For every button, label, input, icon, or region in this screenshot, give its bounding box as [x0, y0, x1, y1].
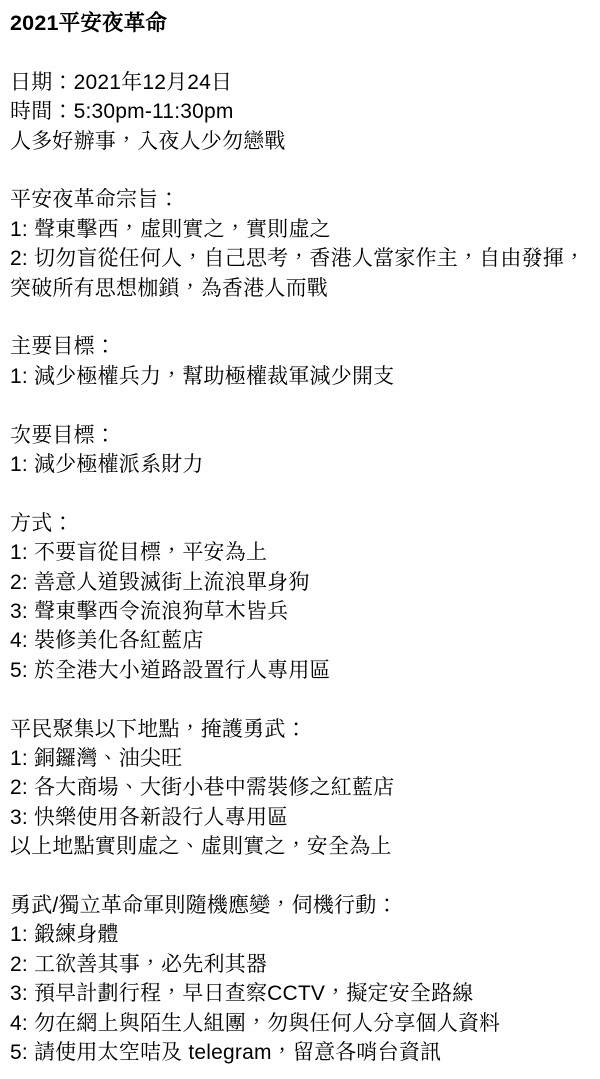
- section-heading: 次要目標：: [10, 421, 590, 450]
- list-item: 3: 預早計劃行程，早日查察CCTV，擬定安全路線: [10, 979, 590, 1008]
- section-methods: 方式： 1: 不要盲從目標，平安為上 2: 善意人道毀滅街上流浪單身狗 3: 聲…: [10, 509, 590, 685]
- list-item: 1: 減少極權派系財力: [10, 450, 590, 479]
- list-item: 1: 減少極權兵力，幫助極權裁軍減少開支: [10, 362, 590, 391]
- list-item: 2: 善意人道毀滅街上流浪單身狗: [10, 568, 590, 597]
- section-schedule: 日期：2021年12月24日 時間：5:30pm-11:30pm 人多好辦事，入…: [10, 68, 590, 156]
- list-item: 1: 不要盲從目標，平安為上: [10, 538, 590, 567]
- time-line: 時間：5:30pm-11:30pm: [10, 97, 590, 126]
- list-item: 2: 各大商場、大街小巷中需裝修之紅藍店: [10, 773, 590, 802]
- list-item: 4: 裝修美化各紅藍店: [10, 626, 590, 655]
- section-heading: 平民聚集以下地點，掩護勇武：: [10, 715, 590, 744]
- page-title: 2021平安夜革命: [10, 9, 590, 38]
- list-item: 3: 快樂使用各新設行人專用區: [10, 803, 590, 832]
- section-gathering-spots: 平民聚集以下地點，掩護勇武： 1: 銅鑼灣、油尖旺 2: 各大商場、大街小巷中需…: [10, 715, 590, 862]
- date-line: 日期：2021年12月24日: [10, 68, 590, 97]
- section-frontline-tips: 勇武/獨立革命軍則隨機應變，伺機行動： 1: 鍛練身體 2: 工欲善其事，必先利…: [10, 891, 590, 1067]
- schedule-note-line: 人多好辦事，入夜人少勿戀戰: [10, 127, 590, 156]
- section-heading: 方式：: [10, 509, 590, 538]
- section-footnote: 以上地點實則虛之、虛則實之，安全為上: [10, 832, 590, 861]
- section-heading: 主要目標：: [10, 332, 590, 361]
- section-heading: 平安夜革命宗旨：: [10, 185, 590, 214]
- list-item: 1: 銅鑼灣、油尖旺: [10, 744, 590, 773]
- list-item: 2: 工欲善其事，必先利其器: [10, 950, 590, 979]
- list-item: 2: 切勿盲從任何人，自己思考，香港人當家作主，自由發揮，突破所有思想枷鎖，為香…: [10, 244, 590, 303]
- section-secondary-goal: 次要目標： 1: 減少極權派系財力: [10, 421, 590, 480]
- list-item: 5: 請使用太空咭及 telegram，留意各哨台資訊: [10, 1038, 590, 1067]
- section-principles: 平安夜革命宗旨： 1: 聲東擊西，虛則實之，實則虛之 2: 切勿盲從任何人，自己…: [10, 185, 590, 303]
- list-item: 1: 聲東擊西，虛則實之，實則虛之: [10, 215, 590, 244]
- list-item: 5: 於全港大小道路設置行人專用區: [10, 656, 590, 685]
- list-item: 1: 鍛練身體: [10, 920, 590, 949]
- section-heading: 勇武/獨立革命軍則隨機應變，伺機行動：: [10, 891, 590, 920]
- list-item: 4: 勿在網上與陌生人組團，勿與任何人分享個人資料: [10, 1009, 590, 1038]
- list-item: 3: 聲東擊西令流浪狗草木皆兵: [10, 597, 590, 626]
- document-body: 2021平安夜革命 日期：2021年12月24日 時間：5:30pm-11:30…: [0, 0, 600, 1068]
- section-primary-goal: 主要目標： 1: 減少極權兵力，幫助極權裁軍減少開支: [10, 332, 590, 391]
